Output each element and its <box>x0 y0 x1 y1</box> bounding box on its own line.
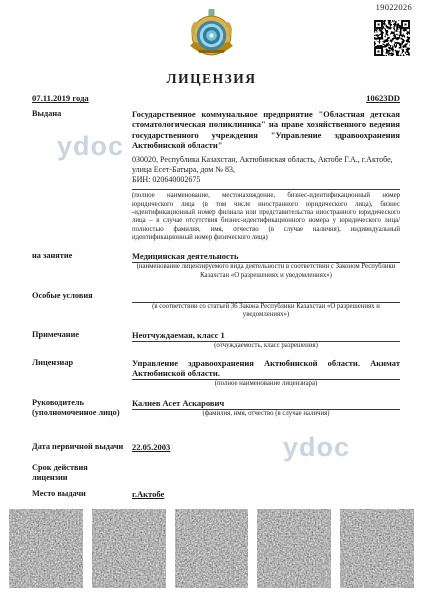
barcode-icon <box>175 509 249 588</box>
note-value: Неотчуждаемая, класс 1 <box>132 330 400 342</box>
field-first-issue-date: Дата первичной выдачи 22.05.2003 <box>32 442 400 452</box>
barcode-icon <box>257 509 331 588</box>
document-title: ЛИЦЕНЗИЯ <box>0 71 423 87</box>
license-fields: Выдана Государственное коммунальное пред… <box>32 109 400 499</box>
field-note-label: Примечание <box>32 330 132 351</box>
document-serial-number: 19022026 <box>376 2 412 12</box>
licensor-value: Управление здравоохранения Актюбинской о… <box>132 358 400 381</box>
field-head-caption: (фамилия, имя, отчество (в случае наличи… <box>132 410 400 418</box>
place-of-issue-value: г.Актобе <box>132 489 164 499</box>
special-conditions-value <box>132 291 400 303</box>
field-licensor-caption: (полное наименование лицензиара) <box>132 380 400 388</box>
activity-value: Медицинская деятельность <box>132 251 400 263</box>
field-note: Примечание Неотчуждаемая, класс 1 (отчуж… <box>32 330 400 351</box>
field-note-caption: (отчуждаемость, класс разрешения) <box>132 342 400 350</box>
organization-address: 030020, Республика Казахстан, Актюбинска… <box>132 155 400 174</box>
field-activity-caption: (наименование лицензируемого вида деятел… <box>132 263 400 280</box>
license-number: 10623DD <box>366 93 400 103</box>
kazakhstan-emblem-icon <box>187 9 236 58</box>
barcode-icon <box>92 509 166 588</box>
barcode-icon <box>9 509 83 588</box>
field-first-issue-label: Дата первичной выдачи <box>32 442 132 452</box>
field-licensor-label: Лицензиар <box>32 358 132 389</box>
field-issued: Выдана Государственное коммунальное пред… <box>32 109 400 243</box>
organization-name: Государственное коммунальное предприятие… <box>132 109 400 150</box>
field-activity-label: на занятие <box>32 251 132 280</box>
field-special-conditions: Особые условия (в соответствии со статье… <box>32 291 400 320</box>
head-value: Калиев Асет Аскарович <box>132 398 400 410</box>
barcode-icon <box>340 509 414 588</box>
qr-code-icon <box>373 19 411 57</box>
field-place-label: Место выдачи <box>32 489 132 499</box>
license-document: ydoc ydoc 19022026 <box>0 0 423 600</box>
field-validity-label: Срок действия лицензии <box>32 463 132 484</box>
field-issued-caption: (полное наименование, местонахождение, б… <box>132 189 400 243</box>
field-validity: Срок действия лицензии <box>32 463 400 484</box>
organization-bin: БИН: 020640002675 <box>132 175 400 185</box>
field-head-label: Руководитель (уполномоченное лицо) <box>32 398 132 419</box>
field-head: Руководитель (уполномоченное лицо) Калие… <box>32 398 400 419</box>
field-issued-label: Выдана <box>32 109 132 243</box>
field-special-caption: (в соответствии со статьей 36 Закона Рес… <box>132 303 400 320</box>
field-special-label: Особые условия <box>32 291 132 320</box>
barcode-strip <box>9 509 414 588</box>
issue-date: 07.11.2019 года <box>32 93 89 103</box>
field-licensor: Лицензиар Управление здравоохранения Акт… <box>32 358 400 389</box>
field-place-of-issue: Место выдачи г.Актобе <box>32 489 400 499</box>
field-activity: на занятие Медицинская деятельность (наи… <box>32 251 400 280</box>
date-number-row: 07.11.2019 года 10623DD <box>32 93 400 103</box>
first-issue-date-value: 22.05.2003 <box>132 442 170 452</box>
